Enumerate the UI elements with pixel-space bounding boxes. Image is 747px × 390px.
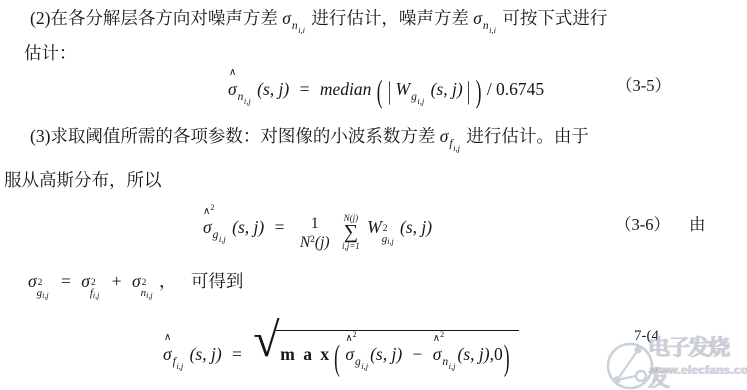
- variance-identity-line: σ2gi,j = σ2fi,j + σ2ni,j ， 可得到: [28, 271, 243, 299]
- para2-lead: (2)在各分解层各方向对噪声方差: [30, 8, 278, 28]
- paragraph-2-line-2: 估计：: [24, 43, 77, 65]
- math-sigma-f: σfi,j: [440, 126, 462, 146]
- math-sigma-n-2: σni,i: [473, 8, 498, 28]
- summation: N(j)∑i,j=1: [342, 214, 360, 251]
- equation-3-6: ∧2σgi,j (s, j) = 1N2(j) N(j)∑i,j=1 W2gi,…: [203, 214, 432, 253]
- equation-number-3-5: （3-5）: [616, 76, 671, 97]
- equation-3-5: ∧σni,j (s, j) = median ( | Wgi,j (s, j) …: [228, 79, 544, 104]
- para2-mid: 进行估计，噪声方差: [311, 8, 469, 28]
- radical-sign: √: [253, 317, 279, 365]
- watermark-brand-text: 电子发烧友: [648, 331, 747, 390]
- document-page: (2)在各分解层各方向对噪声方差 σni,i 进行估计，噪声方差 σni,i 可…: [0, 0, 747, 390]
- median-function: median: [320, 79, 372, 99]
- sigma-hat-squared: ∧2σ: [203, 217, 212, 239]
- equation-3-7: ∧σfi,j (s, j) = √ m a x( ∧2σgi,j(s, j) −…: [163, 317, 519, 370]
- square-root: √ m a x( ∧2σgi,j(s, j) − ∧2σni,j(s, j),0…: [276, 330, 518, 370]
- equation-number-3-6: （3-6）由: [615, 215, 706, 236]
- watermark-url-text: www.elecfans.com: [650, 365, 747, 377]
- paragraph-2-line-1: (2)在各分解层各方向对噪声方差 σni,i 进行估计，噪声方差 σni,i 可…: [30, 8, 607, 30]
- max-function: m a x: [280, 344, 331, 364]
- equation-left-side: ∧σfi,j (s, j) =: [163, 344, 248, 366]
- sigma-hat: ∧σ: [228, 79, 237, 101]
- paragraph-3-line-2: 服从高斯分布，所以: [4, 170, 162, 192]
- paragraph-3-line-1: (3)求取阈值所需的各项参数：对图像的小波系数方差 σfi,j 进行估计。由于: [30, 126, 589, 148]
- fraction: 1N2(j): [300, 215, 330, 252]
- para2-tail: 可按下式进行: [502, 8, 607, 28]
- math-sigma-n-1: σni,i: [282, 8, 307, 28]
